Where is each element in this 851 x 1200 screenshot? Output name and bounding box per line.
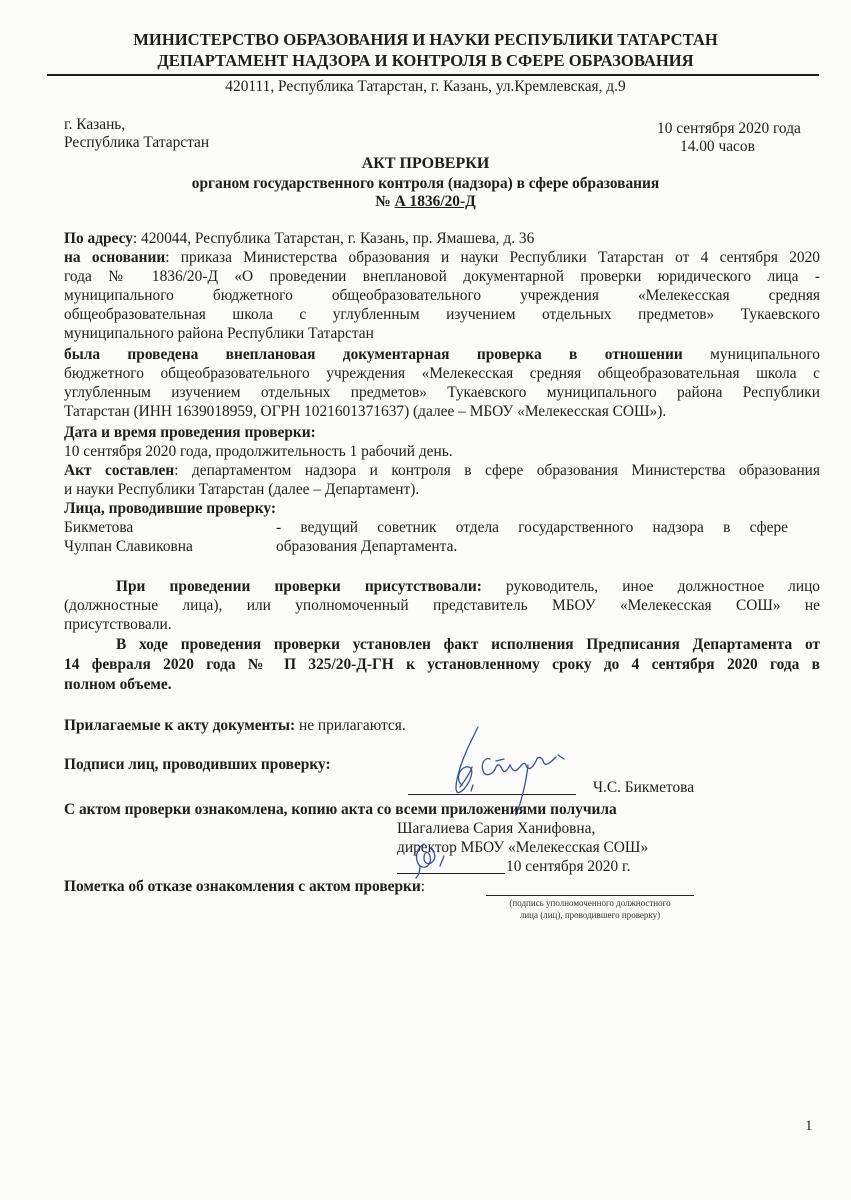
attachments-label: Прилагаемые к акту документы: [64,717,295,734]
present-line-2: (должностные лица), или уполномоченный п… [64,597,820,615]
inspector-surname: Бикметова [64,519,133,537]
attachments-value: не прилагаются. [295,717,406,734]
basis-line-1: на основании: приказа Министерства образ… [64,249,820,267]
act-date: 10 сентября 2020 года [657,120,801,138]
place-city: г. Казань, [64,116,125,134]
present-label: При проведении проверки присутствовали: [116,578,482,595]
inspector-signature-icon [440,715,580,815]
place-region: Республика Татарстан [64,134,209,152]
address-value: : 420044, Республика Татарстан, г. Казан… [133,230,534,247]
page-number: 1 [805,1118,813,1135]
inspectors-label: Лица, проводившие проверку: [64,500,820,518]
finding-line-1: В ходе проведения проверки установлен фа… [116,636,820,654]
inspector-given-names: Чулпан Славиковна [64,538,193,556]
address-label: По адресу [64,230,133,247]
ministry-name: МИНИСТЕРСТВО ОБРАЗОВАНИЯ И НАУКИ РЕСПУБЛ… [0,30,851,50]
basis-line-2: года № 1836/20-Д «О проведении внепланов… [64,268,820,286]
basis-line-5: муниципального района Республики Татарст… [64,325,820,343]
recipient-date: 10 сентября 2020 г. [506,858,630,876]
inspection-line-3: углубленным изучением отдельных предмето… [64,384,820,402]
act-subtitle: органом государственного контроля (надзо… [0,175,851,193]
recipient-name: Шагалиева Сария Ханифовна, [397,820,595,838]
present-line-1: При проведении проверки присутствовали: … [116,578,820,596]
inspection-label: была проведена внеплановая документарная… [64,346,683,363]
compiled-line-2: и науки Республики Татарстан (далее – Де… [64,481,820,499]
letterhead-address: 420111, Республика Татарстан, г. Казань,… [0,78,851,96]
compiled-label: Акт составлен [64,462,174,479]
basis-label: на основании [64,249,165,266]
act-title: АКТ ПРОВЕРКИ [0,155,851,173]
present-line-3: присутствовали. [64,616,820,634]
refusal-caption-line-2: лица (лиц), проводившего проверку) [486,909,694,921]
refusal-caption-line-1: (подпись уполномоченного должностного [486,897,694,909]
signer-name: Ч.С. Бикметова [593,779,694,797]
header-rule [47,74,819,76]
finding-line-3: полном объеме. [64,676,820,694]
act-number-value: А 1836/20-Д [395,193,476,210]
refusal-signature-line [486,895,694,896]
compiled-line-1: Акт составлен: департаментом надзора и к… [64,462,820,480]
inspection-address: По адресу: 420044, Республика Татарстан,… [64,230,820,248]
inspector-position-line-1: - ведущий советник отдела государственно… [276,519,788,537]
acknowledged-label: С актом проверки ознакомлена, копию акта… [64,801,820,819]
act-number: № А 1836/20-Д [0,193,851,211]
refusal-caption: (подпись уполномоченного должностного ли… [486,897,694,921]
refusal-label: Пометка об отказе ознакомления с актом п… [64,878,421,895]
inspection-line-2: бюджетного общеобразовательного учрежден… [64,365,820,383]
refusal-row: Пометка об отказе ознакомления с актом п… [64,878,820,896]
inspection-line-1: была проведена внеплановая документарная… [64,346,820,364]
act-time: 14.00 часов [680,138,755,156]
refusal-colon: : [421,878,425,895]
inspector-position-line-2: образования Департамента. [276,538,457,556]
department-name: ДЕПАРТАМЕНТ НАДЗОРА И КОНТРОЛЯ В СФЕРЕ О… [0,51,851,71]
recipient-signature-icon [410,838,470,878]
datetime-label: Дата и время проведения проверки: [64,424,820,442]
basis-line-4: общеобразовательная школа с углубленным … [64,306,820,324]
basis-line-3: муниципального бюджетного общеобразовате… [64,287,820,305]
finding-line-2: 14 февраля 2020 года № П 325/20-Д-ГН к у… [64,656,820,674]
datetime-value: 10 сентября 2020 года, продолжительность… [64,443,820,461]
act-number-prefix: № [375,193,394,210]
inspection-line-4: Татарстан (ИНН 1639018959, ОГРН 10216013… [64,403,820,421]
